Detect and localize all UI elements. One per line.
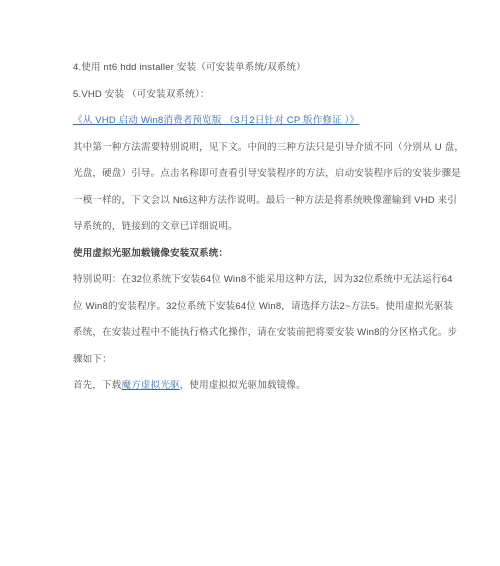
- article-body: 4.使用 nt6 hdd installer 安装（可安装单系统/双系统）5.V…: [73, 55, 445, 400]
- link-mofang-virtual-drive[interactable]: 魔方虚拟光驱: [122, 380, 180, 391]
- text-segment: 其中第一种方法需要特别说明，见下文。中间的三种方法只是引导介质不同（分别从 U …: [73, 142, 464, 153]
- text-segment: 一模一样的，下文会以 Nt6这种方法作说明。最后一种方法是将系统映像灌输到 VH…: [73, 195, 457, 206]
- text-line: 首先，下载魔方虚拟光驱，使用虚拟拟光驱加载镜像。: [73, 373, 445, 400]
- text-segment: 首先，下载: [73, 380, 122, 391]
- document-page: 4.使用 nt6 hdd installer 安装（可安装单系统/双系统）5.V…: [0, 0, 500, 566]
- text-line: 位 Win8的安装程序。32位系统下安装64位 Win8，请选择方法2~方法5。…: [73, 294, 445, 321]
- text-line: 其中第一种方法需要特别说明，见下文。中间的三种方法只是引导介质不同（分别从 U …: [73, 135, 445, 162]
- link-vhd-boot-win8-article[interactable]: 《从 VHD 启动 Win8消费者预览版 （3月2日针对 CP 版作修证 ）》: [73, 115, 359, 126]
- text-line: 一模一样的，下文会以 Nt6这种方法作说明。最后一种方法是将系统映像灌输到 VH…: [73, 188, 445, 215]
- text-line: 系统，在安装过程中不能执行格式化操作，请在安装前把将要安装 Win8的分区格式化…: [73, 320, 445, 347]
- text-line: 《从 VHD 启动 Win8消费者预览版 （3月2日针对 CP 版作修证 ）》: [73, 108, 445, 135]
- text-segment: 导系统的，链接到的文章已详细说明。: [73, 221, 238, 232]
- text-segment: 骤如下：: [73, 354, 112, 365]
- text-segment: 系统，在安装过程中不能执行格式化操作，请在安装前把将要安装 Win8的分区格式化…: [73, 327, 457, 338]
- section-heading: 使用虚拟光驱加载镜像安装双系统：: [73, 248, 228, 259]
- text-line: 使用虚拟光驱加载镜像安装双系统：: [73, 241, 445, 268]
- text-line: 特别说明：在32位系统下安装64位 Win8不能采用这种方法，因为32位系统中无…: [73, 267, 445, 294]
- text-line: 导系统的，链接到的文章已详细说明。: [73, 214, 445, 241]
- text-segment: 4.使用 nt6 hdd installer 安装（可安装单系统/双系统）: [73, 62, 306, 73]
- text-line: 4.使用 nt6 hdd installer 安装（可安装单系统/双系统）: [73, 55, 445, 82]
- text-segment: ，使用虚拟拟光驱加载镜像。: [180, 380, 306, 391]
- text-segment: 位 Win8的安装程序。32位系统下安装64位 Win8，请选择方法2~方法5。…: [73, 301, 453, 312]
- text-segment: 特别说明：在32位系统下安装64位 Win8不能采用这种方法，因为32位系统中无…: [73, 274, 453, 285]
- text-line: 光盘，硬盘）引导。点击名称即可查看引导安装程序的方法，启动安装程序后的安装步骤是: [73, 161, 445, 188]
- text-segment: 光盘，硬盘）引导。点击名称即可查看引导安装程序的方法，启动安装程序后的安装步骤是: [73, 168, 461, 179]
- text-segment: 5.VHD 安装 （可安装双系统）：: [73, 89, 210, 100]
- text-line: 5.VHD 安装 （可安装双系统）：: [73, 82, 445, 109]
- text-line: 骤如下：: [73, 347, 445, 374]
